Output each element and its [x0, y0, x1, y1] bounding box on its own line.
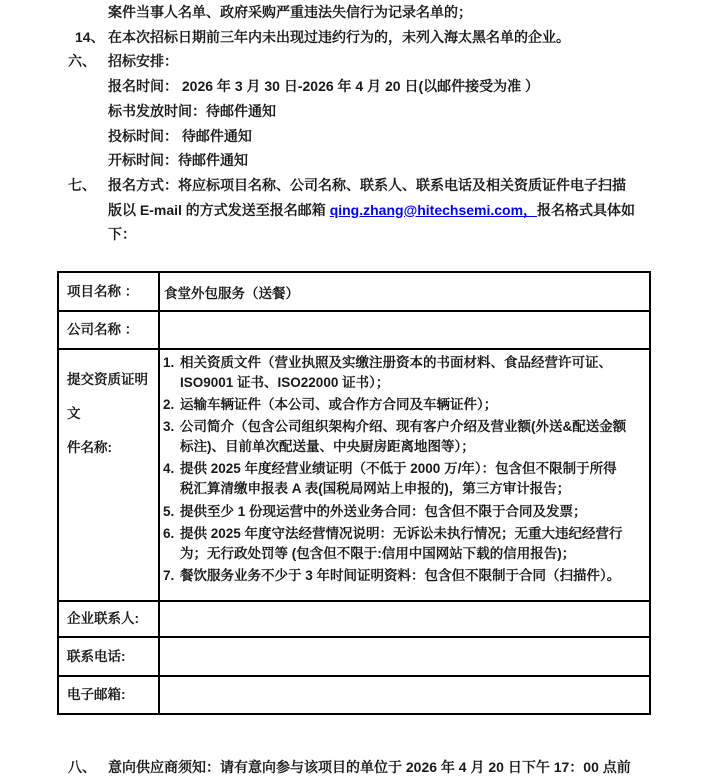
project-name-label: 项目名称 ： [67, 283, 138, 301]
company-name-label-cell: 公司名称 ： [59, 312, 160, 350]
project-name-label-cell: 项目名称 ： [59, 273, 160, 312]
list-item-14-number: 14、 [75, 25, 105, 50]
qualification-docs-list-cell: 1. 相关资质文件（营业执照及实缴注册资本的书面材料、食品经营许可证、 ISO9… [160, 350, 649, 602]
section-6-title: 招标安排： [108, 53, 178, 69]
phone-label: 联系电话: [67, 648, 126, 666]
contact-person-label: 企业联系人: [67, 610, 139, 628]
doc-item-3-line2: 标注)、目前单次配送量、中央厨房距离地图等）； [180, 437, 647, 457]
email-value-cell [160, 677, 649, 713]
doc-item-2-line1: 运输车辆证件（本公司、或合作方合同及车辆证件）； [180, 395, 647, 415]
schedule-bid-opening-text: 开标时间：待邮件通知 [108, 152, 248, 168]
schedule-line-bid-submission: 投标时间： 待邮件通知 [68, 124, 654, 149]
section-7-line3: 下： [68, 222, 654, 247]
schedule-line-bid-doc-release: 标书发放时间：待邮件通知 [68, 99, 654, 124]
doc-item-5-number: 5. [163, 502, 180, 522]
company-name-value-cell [160, 312, 649, 350]
section-7-line2-pre: 版以 E-mail 的方式发送至报名邮箱 [108, 202, 330, 218]
doc-list-item-4: 4. 提供 2025 年度经营业绩证明（不低于 2000 万/年）：包含但不限制… [163, 459, 647, 499]
doc-item-6-number: 6. [163, 524, 180, 564]
phone-value-cell [160, 638, 649, 677]
doc-item-4-line1: 提供 2025 年度经营业绩证明（不低于 2000 万/年）：包含但不限制于所得 [180, 459, 647, 479]
schedule-line-bid-opening: 开标时间：待邮件通知 [68, 148, 654, 173]
section-7-line2-post: 报名格式具体如 [537, 202, 635, 218]
section-7-line1-text: 报名方式：将应标项目名称、公司名称、联系人、联系电话及相关资质证件电子扫描 [108, 177, 626, 193]
contact-person-value-cell [160, 602, 649, 638]
doc-item-3-line1: 公司简介（包含公司组织架构介绍、现有客户介绍及营业额(外送&配送金额 [180, 417, 647, 437]
doc-item-1-number: 1. [163, 353, 180, 393]
document-page: 案件当事人名单、政府采购严重违法失信行为记录名单的； 14、 在本次招标日期前三… [0, 0, 708, 784]
section-7-line3-text: 下： [108, 226, 136, 242]
doc-item-7-line1: 餐饮服务业务不少于 3 年时间证明资料：包含但不限制于合同（扫描件）。 [180, 566, 647, 586]
doc-item-6-line2: 为；无行政处罚等 (包含但不限于:信用中国网站下载的信用报告)； [180, 544, 647, 564]
body-text-block: 案件当事人名单、政府采购严重违法失信行为记录名单的； 14、 在本次招标日期前三… [68, 0, 654, 247]
phone-label-cell: 联系电话: [59, 638, 160, 677]
doc-item-2-number: 2. [163, 395, 180, 415]
email-link[interactable]: qing.zhang@hitechsemi.com， [330, 202, 537, 218]
section-6-heading: 六、 招标安排： [68, 49, 654, 74]
project-name-value: 食堂外包服务（送餐） [164, 282, 299, 302]
list-item-14-text: 在本次招标日期前三年内未出现过违约行为的，未列入海太黑名单的企业。 [108, 29, 570, 45]
schedule-registration-text: 报名时间： 2026 年 3 月 30 日-2026 年 4 月 20 日(以邮… [108, 78, 539, 94]
doc-list-item-7: 7. 餐饮服务业务不少于 3 年时间证明资料：包含但不限制于合同（扫描件）。 [163, 566, 647, 586]
doc-item-7-number: 7. [163, 566, 180, 586]
doc-item-1-line2: ISO9001 证书、ISO22000 证书）； [180, 373, 647, 393]
email-label-cell: 电子邮箱: [59, 677, 160, 713]
doc-item-1-line1: 相关资质文件（营业执照及实缴注册资本的书面材料、食品经营许可证、 [180, 353, 647, 373]
schedule-bid-doc-release-text: 标书发放时间：待邮件通知 [108, 103, 276, 119]
section-7-line1: 七、 报名方式：将应标项目名称、公司名称、联系人、联系电话及相关资质证件电子扫描 [68, 173, 654, 198]
doc-list-item-3: 3. 公司简介（包含公司组织架构介绍、现有客户介绍及营业额(外送&配送金额 标注… [163, 417, 647, 457]
section-8-line: 八、 意向供应商须知：请有意向参与该项目的单位于 2026 年 4 月 20 日… [68, 755, 668, 780]
section-7-line2: 版以 E-mail 的方式发送至报名邮箱 qing.zhang@hitechse… [68, 198, 654, 223]
doc-item-4-number: 4. [163, 459, 180, 499]
email-label: 电子邮箱: [67, 686, 126, 704]
section-8-number: 八、 [68, 755, 96, 780]
qualification-docs-label-cell: 提交资质证明文 件名称: [59, 350, 160, 602]
paragraph-13-text: 案件当事人名单、政府采购严重违法失信行为记录名单的； [108, 4, 472, 20]
qualification-docs-label-line1: 提交资质证明文 [67, 363, 158, 431]
section-8-text: 意向供应商须知：请有意向参与该项目的单位于 2026 年 4 月 20 日下午 … [108, 759, 631, 775]
doc-list-item-5: 5. 提供至少 1 份现运营中的外送业务合同：包含但不限于合同及发票； [163, 502, 647, 522]
list-item-14: 14、 在本次招标日期前三年内未出现过违约行为的，未列入海太黑名单的企业。 [68, 25, 654, 50]
doc-item-5-line1: 提供至少 1 份现运营中的外送业务合同：包含但不限于合同及发票； [180, 502, 647, 522]
qualification-docs-label-line2: 件名称: [67, 431, 158, 465]
section-7-number: 七、 [68, 173, 96, 198]
doc-item-3-number: 3. [163, 417, 180, 457]
contact-person-label-cell: 企业联系人: [59, 602, 160, 638]
doc-list-item-1: 1. 相关资质文件（营业执照及实缴注册资本的书面材料、食品经营许可证、 ISO9… [163, 353, 647, 393]
paragraph-13-continuation: 案件当事人名单、政府采购严重违法失信行为记录名单的； [68, 0, 654, 25]
schedule-line-registration: 报名时间： 2026 年 3 月 30 日-2026 年 4 月 20 日(以邮… [68, 74, 654, 99]
company-name-label: 公司名称 ： [67, 321, 138, 339]
doc-item-6-line1: 提供 2025 年度守法经营情况说明：无诉讼未执行情况；无重大违纪经营行 [180, 524, 647, 544]
section-6-number: 六、 [68, 49, 96, 74]
doc-item-4-line2: 税汇算清缴申报表 A 表(国税局网站上申报的)，第三方审计报告； [180, 479, 647, 499]
registration-table: 项目名称 ： 食堂外包服务（送餐） 公司名称 ： 提交资质证明文 件名称: 1.… [57, 271, 651, 715]
doc-list-item-6: 6. 提供 2025 年度守法经营情况说明：无诉讼未执行情况；无重大违纪经营行 … [163, 524, 647, 564]
schedule-bid-submission-text: 投标时间： 待邮件通知 [108, 128, 252, 144]
project-name-value-cell: 食堂外包服务（送餐） [160, 273, 649, 312]
doc-list-item-2: 2. 运输车辆证件（本公司、或合作方合同及车辆证件）； [163, 395, 647, 415]
section-8-block: 八、 意向供应商须知：请有意向参与该项目的单位于 2026 年 4 月 20 日… [68, 755, 668, 780]
